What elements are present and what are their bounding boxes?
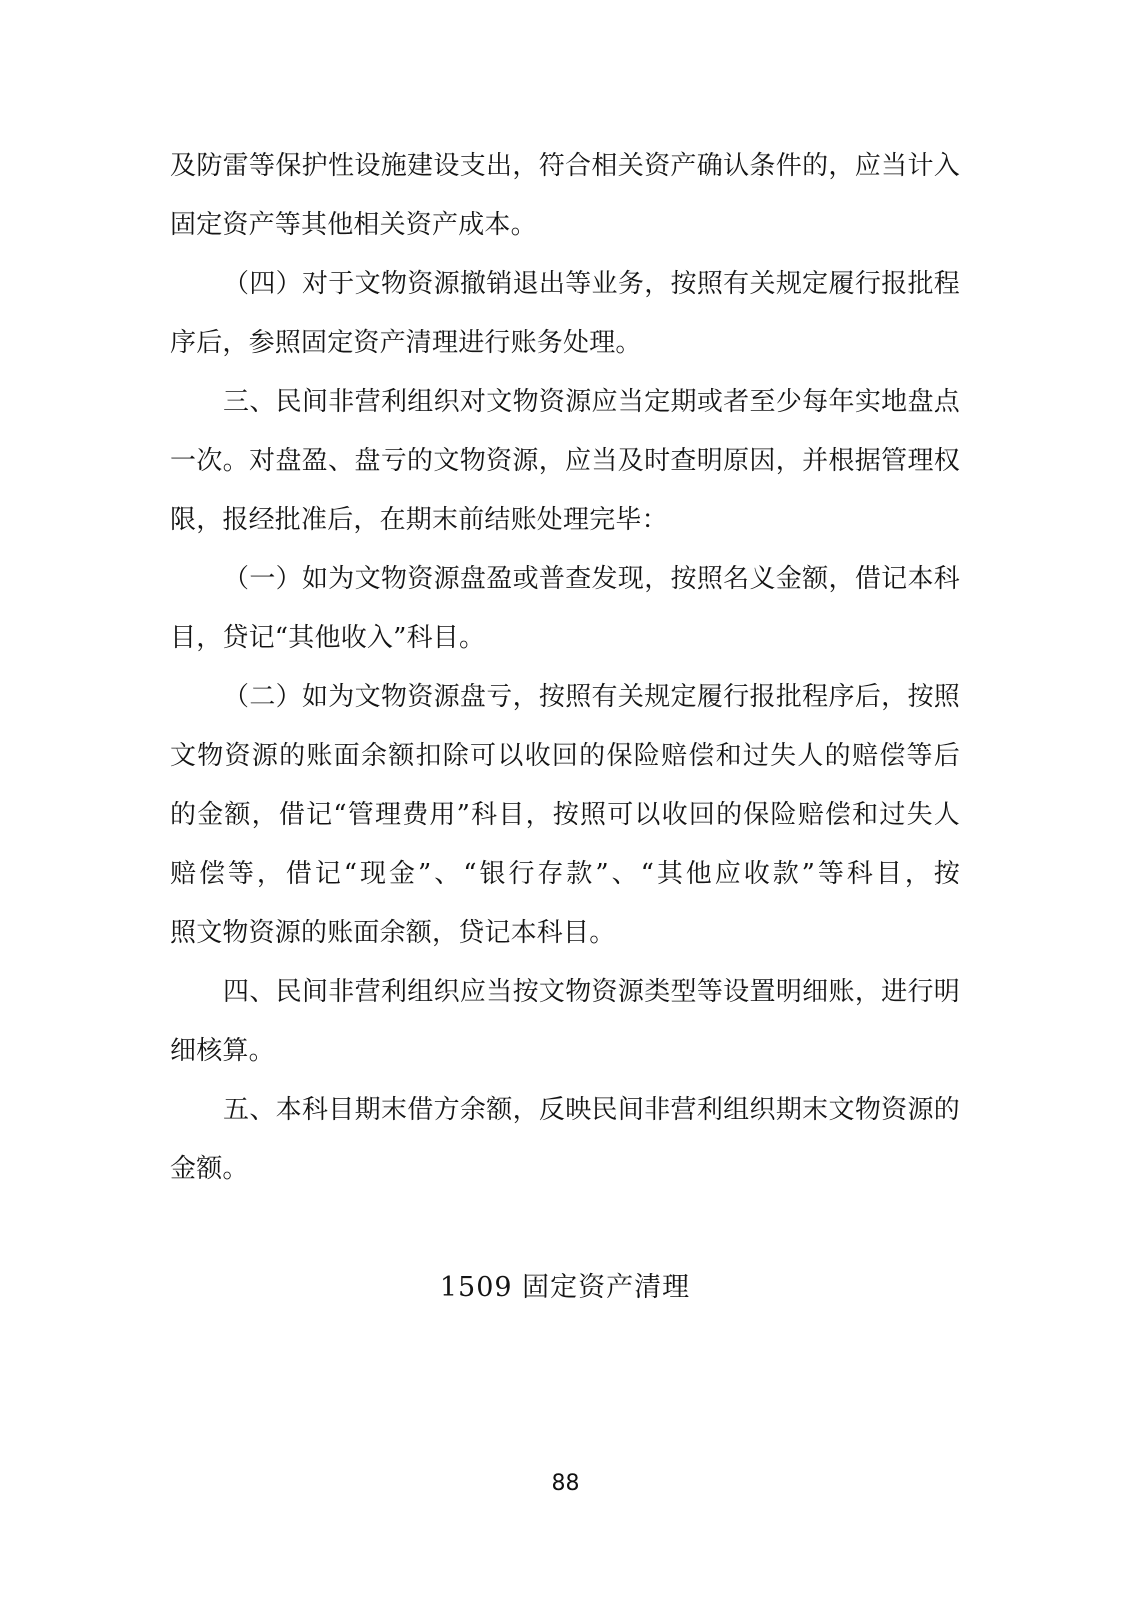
text-line: 及防雷等保护性设施建设支出，符合相关资产确认条件的，应当计入 xyxy=(170,137,960,196)
text-line: 金额。 xyxy=(170,1140,960,1199)
text-line: （一）如为文物资源盘盈或普查发现，按照名义金额，借记本科 xyxy=(170,550,960,609)
section-heading: 1509 固定资产清理 xyxy=(170,1258,960,1317)
page-number: 88 xyxy=(0,1471,1131,1496)
document-body: 及防雷等保护性设施建设支出，符合相关资产确认条件的，应当计入固定资产等其他相关资… xyxy=(170,137,960,1199)
text-line: 三、民间非营利组织对文物资源应当定期或者至少每年实地盘点 xyxy=(170,373,960,432)
text-line: 一次。对盘盈、盘亏的文物资源，应当及时查明原因，并根据管理权 xyxy=(170,432,960,491)
text-line: 四、民间非营利组织应当按文物资源类型等设置明细账，进行明 xyxy=(170,963,960,1022)
text-line: （四）对于文物资源撤销退出等业务，按照有关规定履行报批程 xyxy=(170,255,960,314)
document-body-text: 及防雷等保护性设施建设支出，符合相关资产确认条件的，应当计入固定资产等其他相关资… xyxy=(170,137,960,1317)
text-line: 赔偿等，借记“现金”、“银行存款”、“其他应收款”等科目，按 xyxy=(170,845,960,904)
text-line: （二）如为文物资源盘亏，按照有关规定履行报批程序后，按照 xyxy=(170,668,960,727)
text-line: 序后，参照固定资产清理进行账务处理。 xyxy=(170,314,960,373)
text-line: 的金额，借记“管理费用”科目，按照可以收回的保险赔偿和过失人 xyxy=(170,786,960,845)
text-line: 五、本科目期末借方余额，反映民间非营利组织期末文物资源的 xyxy=(170,1081,960,1140)
text-line: 文物资源的账面余额扣除可以收回的保险赔偿和过失人的赔偿等后 xyxy=(170,727,960,786)
text-line: 细核算。 xyxy=(170,1022,960,1081)
text-line: 限，报经批准后，在期末前结账处理完毕： xyxy=(170,491,960,550)
text-line: 目，贷记“其他收入”科目。 xyxy=(170,609,960,668)
document-page: 及防雷等保护性设施建设支出，符合相关资产确认条件的，应当计入固定资产等其他相关资… xyxy=(0,0,1131,1600)
text-line: 固定资产等其他相关资产成本。 xyxy=(170,196,960,255)
text-line: 照文物资源的账面余额，贷记本科目。 xyxy=(170,904,960,963)
